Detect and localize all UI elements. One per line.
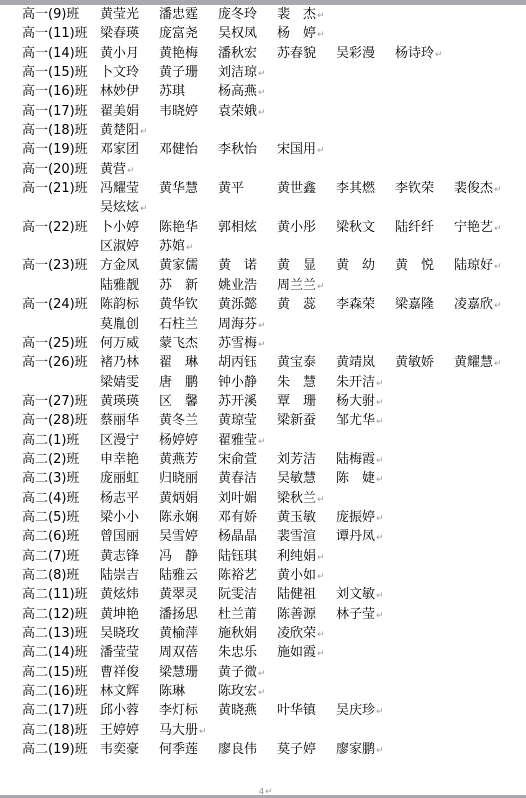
- student-name: 韦奕豪: [100, 740, 139, 759]
- student-name: 梁新蚕: [277, 411, 316, 430]
- student-name: 黄春洁: [218, 469, 257, 488]
- student-name: 梁秋文: [336, 218, 375, 237]
- student-name: 吴敏慧: [277, 469, 316, 488]
- class-label: 高一(14)班: [22, 44, 88, 63]
- student-name: 林妙伊: [100, 82, 139, 101]
- class-label: 高一(27)班: [22, 392, 88, 411]
- paragraph-mark-icon: ↵: [317, 30, 325, 40]
- student-name: 方金凤: [100, 256, 139, 275]
- student-name: 莫胤创: [100, 315, 139, 334]
- student-name: 潘扬思: [159, 605, 198, 624]
- student-name: 蔡丽华: [100, 411, 139, 430]
- paragraph-mark-icon: ↵: [317, 553, 325, 563]
- student-name: 刘芳洁: [277, 450, 316, 469]
- class-label: 高一(26)班: [22, 353, 88, 372]
- class-label: 高二(17)班: [22, 701, 88, 720]
- paragraph-mark-icon: ↵: [376, 456, 384, 466]
- student-name: 申幸艳: [100, 450, 139, 469]
- paragraph-mark-icon: ↵: [258, 437, 266, 447]
- class-label: 高二(18)班: [22, 721, 88, 740]
- student-name: 杨大驸↵: [336, 392, 384, 413]
- student-name: 黄华慧: [159, 179, 198, 198]
- student-name: 裴雪渲: [277, 527, 316, 546]
- paragraph-mark-icon: ↵: [317, 572, 325, 582]
- class-label: 高二(15)班: [22, 663, 88, 682]
- class-label: 高二(19)班: [22, 740, 88, 759]
- paragraph-mark-icon: ↵: [376, 611, 384, 621]
- class-label: 高一(16)班: [22, 82, 88, 101]
- student-name: 苏琪: [159, 82, 185, 101]
- student-name: 归晓丽: [159, 469, 198, 488]
- class-label: 高二(8)班: [22, 566, 79, 585]
- student-name: 邱小蓉: [100, 701, 139, 720]
- student-name: 邓家团: [100, 140, 139, 159]
- student-name: 李钦荣: [395, 179, 434, 198]
- student-name: 袁荣娥↵: [218, 102, 266, 123]
- student-name: 苏婠↵: [159, 237, 194, 258]
- student-name: 廖良伟: [218, 740, 257, 759]
- student-name: 陈善源: [277, 605, 316, 624]
- student-name: 梁慧珊: [159, 663, 198, 682]
- student-name: 黄耀慧↵: [454, 353, 502, 374]
- student-name: 陆纤纤: [395, 218, 434, 237]
- student-name: 黄瑛瑛: [100, 392, 139, 411]
- student-name: 朱开洁↵: [336, 373, 384, 394]
- student-name: 朱 慧: [277, 373, 316, 392]
- student-name: 邓有娇: [218, 508, 257, 527]
- paragraph-mark-icon: ↵: [258, 340, 266, 350]
- class-label: 高二(3)班: [22, 469, 79, 488]
- student-name: 宁艳艺↵: [454, 218, 502, 239]
- student-name: 黄冬兰: [159, 411, 198, 430]
- student-name: 吴权凤: [218, 24, 257, 43]
- student-name: 林文辉: [100, 682, 139, 701]
- student-name: 梁春瑛: [100, 24, 139, 43]
- document-page: 高一(9)班黄莹光潘忠霆庞冬玲裴 杰↵高一(11)班梁春瑛庞富尧吴权凤杨 婷↵高…: [0, 5, 526, 793]
- student-name: 庞富尧: [159, 24, 198, 43]
- student-name: 卜小婷: [100, 218, 139, 237]
- student-name: 何万威: [100, 334, 139, 353]
- paragraph-mark-icon: ↵: [494, 359, 502, 369]
- student-name: 杨婷婷: [159, 431, 198, 450]
- student-name: 姚业浩: [218, 276, 257, 295]
- student-name: 李灯标: [159, 701, 198, 720]
- student-name: 庞振婷↵: [336, 508, 384, 529]
- student-name: 褚乃林: [100, 353, 139, 372]
- student-name: 石柱兰: [159, 315, 198, 334]
- class-label: 高一(18)班: [22, 121, 88, 140]
- student-name: 黄晓燕: [218, 701, 257, 720]
- class-label: 高二(7)班: [22, 547, 79, 566]
- student-name: 杨志平: [100, 489, 139, 508]
- student-name: 施如霞↵: [277, 643, 325, 664]
- student-name: 黄 幼: [336, 256, 375, 275]
- student-name: 吴炫炫↵: [100, 198, 148, 219]
- student-name: 黄楚阳↵: [100, 121, 148, 142]
- paragraph-mark-icon: ↵: [376, 514, 384, 524]
- student-name: 杨晶晶: [218, 527, 257, 546]
- class-label: 高一(9)班: [22, 5, 79, 24]
- student-name: 黄榆萍: [159, 624, 198, 643]
- student-name: 陈 婕↵: [336, 469, 384, 490]
- paragraph-mark-icon: ↵: [258, 669, 266, 679]
- student-name: 吴晓玫: [100, 624, 139, 643]
- student-name: 陈琳: [159, 682, 185, 701]
- paragraph-mark-icon: ↵: [376, 417, 384, 427]
- paragraph-mark-icon: ↵: [376, 591, 384, 601]
- student-name: 黄小如↵: [277, 566, 325, 587]
- student-name: 黄宝泰: [277, 353, 316, 372]
- student-name: 唐 鹏: [159, 373, 198, 392]
- student-name: 陆健祖: [277, 585, 316, 604]
- student-name: 黄艳梅: [159, 44, 198, 63]
- student-name: 陆雅云: [159, 566, 198, 585]
- student-name: 黄子珊: [159, 63, 198, 82]
- paragraph-mark-icon: ↵: [494, 301, 502, 311]
- class-label: 高二(11)班: [22, 585, 88, 604]
- class-label: 高一(20)班: [22, 160, 88, 179]
- student-name: 区淑婷: [100, 237, 139, 256]
- student-name: 杜兰莆: [218, 605, 257, 624]
- student-name: 杨高燕↵: [218, 82, 266, 103]
- student-name: 黄家儒: [159, 256, 198, 275]
- class-label: 高二(13)班: [22, 624, 88, 643]
- student-name: 潘秋宏: [218, 44, 257, 63]
- student-name: 郭相炫: [218, 218, 257, 237]
- student-name: 区漫宁: [100, 431, 139, 450]
- student-name: 黄燕芳: [159, 450, 198, 469]
- student-name: 周海芬↵: [218, 315, 266, 336]
- student-name: 邹尤华↵: [336, 411, 384, 432]
- student-name: 陆琼好↵: [454, 256, 502, 277]
- paragraph-mark-icon: ↵: [317, 495, 325, 505]
- class-label: 高二(6)班: [22, 527, 79, 546]
- class-label: 高一(17)班: [22, 102, 88, 121]
- student-name: 朱忠乐: [218, 643, 257, 662]
- student-name: 陆崇吉: [100, 566, 139, 585]
- student-name: 苏雪梅↵: [218, 334, 266, 355]
- student-name: 冯耀莹: [100, 179, 139, 198]
- class-label: 高二(12)班: [22, 605, 88, 624]
- student-name: 陈裕艺: [218, 566, 257, 585]
- class-label: 高二(4)班: [22, 489, 79, 508]
- class-label: 高一(19)班: [22, 140, 88, 159]
- class-label: 高二(2)班: [22, 450, 79, 469]
- student-name: 区 馨: [159, 392, 198, 411]
- class-label: 高一(21)班: [22, 179, 88, 198]
- class-label: 高一(15)班: [22, 63, 88, 82]
- student-name: 林子莹↵: [336, 605, 384, 626]
- student-name: 苏 新: [159, 276, 198, 295]
- student-name: 刘文敏↵: [336, 585, 384, 606]
- student-name: 黄泺懿: [218, 295, 257, 314]
- student-name: 黄平: [218, 179, 244, 198]
- class-label: 高二(5)班: [22, 508, 79, 527]
- student-name: 黄小彤: [277, 218, 316, 237]
- student-name: 黄莹光: [100, 5, 139, 24]
- paragraph-mark-icon: ↵: [258, 69, 266, 79]
- paragraph-mark-icon: ↵: [140, 204, 148, 214]
- student-name: 吴彩漫: [336, 44, 375, 63]
- student-name: 钟小静: [218, 373, 257, 392]
- class-label: 高一(28)班: [22, 411, 88, 430]
- paragraph-mark-icon: ↵: [317, 649, 325, 659]
- student-name: 陈韵标: [100, 295, 139, 314]
- student-name: 陆钰琪: [218, 547, 257, 566]
- student-name: 曹祥俊: [100, 663, 139, 682]
- student-name: 李其燃: [336, 179, 375, 198]
- student-name: 梁秋兰↵: [277, 489, 325, 510]
- paragraph-mark-icon: ↵: [317, 11, 325, 21]
- class-label: 高二(1)班: [22, 431, 79, 450]
- class-label: 高一(25)班: [22, 334, 88, 353]
- student-name: 翟美娟: [100, 102, 139, 121]
- student-name: 黄 悦: [395, 256, 434, 275]
- paragraph-mark-icon: ↵: [258, 88, 266, 98]
- student-name: 黄子微↵: [218, 663, 266, 684]
- student-name: 裴 杰↵: [277, 5, 325, 26]
- paragraph-mark-icon: ↵: [317, 282, 325, 292]
- paragraph-mark-icon: ↵: [494, 224, 502, 234]
- student-name: 黄琼莹: [218, 411, 257, 430]
- student-name: 凌嘉欣↵: [454, 295, 502, 316]
- paragraph-mark-icon: ↵: [317, 630, 325, 640]
- paragraph-mark-icon: ↵: [186, 243, 194, 253]
- student-name: 宋国用↵: [277, 140, 325, 161]
- class-label: 高一(24)班: [22, 295, 88, 314]
- student-name: 冯 静: [159, 547, 198, 566]
- student-name: 胡丙钰: [218, 353, 257, 372]
- student-name: 周兰兰↵: [277, 276, 325, 297]
- paragraph-mark-icon: ↵: [376, 707, 384, 717]
- student-name: 黄世鑫: [277, 179, 316, 198]
- student-name: 王婷婷: [100, 721, 139, 740]
- class-label: 高二(16)班: [22, 682, 88, 701]
- class-label: 高一(23)班: [22, 256, 88, 275]
- student-name: 陈艳华: [159, 218, 198, 237]
- student-name: 陆梅霞↵: [336, 450, 384, 471]
- student-name: 黄志锋: [100, 547, 139, 566]
- student-name: 陈玫宏↵: [218, 682, 266, 703]
- student-name: 马大册↵: [159, 721, 207, 742]
- student-name: 翟雅莹↵: [218, 431, 266, 452]
- student-name: 梁小小: [100, 508, 139, 527]
- paragraph-mark-icon: ↵: [317, 146, 325, 156]
- class-label: 高一(11)班: [22, 24, 88, 43]
- student-name: 施秋娟: [218, 624, 257, 643]
- student-name: 黄 显: [277, 256, 316, 275]
- student-name: 黄敏娇: [395, 353, 434, 372]
- student-name: 谭丹凤↵: [336, 527, 384, 548]
- paragraph-mark-icon: ↵: [376, 533, 384, 543]
- student-name: 黄炳娟: [159, 489, 198, 508]
- student-name: 李秋怡: [218, 140, 257, 159]
- paragraph-mark-icon: ↵: [494, 262, 502, 272]
- paragraph-mark-icon: ↵: [376, 379, 384, 389]
- class-label: 高二(14)班: [22, 643, 88, 662]
- student-name: 阮雯洁: [218, 585, 257, 604]
- student-name: 莫子婷: [277, 740, 316, 759]
- student-name: 覃 珊: [277, 392, 316, 411]
- student-name: 梁嘉隆: [395, 295, 434, 314]
- student-name: 廖家鹏↵: [336, 740, 384, 761]
- student-name: 曾国丽: [100, 527, 139, 546]
- student-name: 梁婧雯: [100, 373, 139, 392]
- student-name: 杨 婷↵: [277, 24, 325, 45]
- paragraph-mark-icon: ↵: [494, 185, 502, 195]
- student-name: 陆雅靓: [100, 276, 139, 295]
- student-name: 刘叶媚: [218, 489, 257, 508]
- student-name: 韦晓婷: [159, 102, 198, 121]
- student-name: 利纯娟↵: [277, 547, 325, 568]
- student-name: 苏春貌: [277, 44, 316, 63]
- paragraph-mark-icon: ↵: [258, 688, 266, 698]
- paragraph-mark-icon: ↵: [376, 475, 384, 485]
- paragraph-mark-icon: ↵: [376, 398, 384, 408]
- student-name: 庞丽虹: [100, 469, 139, 488]
- student-name: 翟 琳: [159, 353, 198, 372]
- paragraph-mark-icon: ↵: [258, 108, 266, 118]
- student-name: 潘忠霆: [159, 5, 198, 24]
- student-name: 周双蓓: [159, 643, 198, 662]
- student-name: 苏开溪: [218, 392, 257, 411]
- paragraph-mark-icon: ↵: [258, 321, 266, 331]
- paragraph-mark-icon: ↵: [435, 50, 443, 60]
- student-name: 李森荣: [336, 295, 375, 314]
- class-label: 高一(22)班: [22, 218, 88, 237]
- student-name: 陈永娴: [159, 508, 198, 527]
- student-name: 裴俊杰↵: [454, 179, 502, 200]
- student-name: 黄坤艳: [100, 605, 139, 624]
- student-name: 卜文玲: [100, 63, 139, 82]
- student-name: 黄翠灵: [159, 585, 198, 604]
- paragraph-mark-icon: ↵: [140, 127, 148, 137]
- student-name: 潘莹莹: [100, 643, 139, 662]
- student-name: 吴庆珍↵: [336, 701, 384, 722]
- student-name: 黄靖岚: [336, 353, 375, 372]
- student-name: 叶华镇: [277, 701, 316, 720]
- student-name: 凌欣荣↵: [277, 624, 325, 645]
- student-name: 刘洁琼↵: [218, 63, 266, 84]
- student-name: 宋俞萱: [218, 450, 257, 469]
- student-name: 黄华钦: [159, 295, 198, 314]
- student-name: 吴雪婷: [159, 527, 198, 546]
- student-name: 蒙飞杰: [159, 334, 198, 353]
- student-name: 杨诗玲↵: [395, 44, 443, 65]
- student-name: 黄营↵: [100, 160, 135, 181]
- student-name: 黄炫炜: [100, 585, 139, 604]
- student-name: 黄玉敏: [277, 508, 316, 527]
- student-name: 黄 诺: [218, 256, 257, 275]
- student-name: 黄小月: [100, 44, 139, 63]
- paragraph-mark-icon: ↵: [376, 746, 384, 756]
- student-name: 何季莲: [159, 740, 198, 759]
- student-name: 黄 蕊: [277, 295, 316, 314]
- student-name: 庞冬玲: [218, 5, 257, 24]
- paragraph-mark-icon: ↵: [199, 727, 207, 737]
- paragraph-mark-icon: ↵: [127, 166, 135, 176]
- student-name: 邓健怡: [159, 140, 198, 159]
